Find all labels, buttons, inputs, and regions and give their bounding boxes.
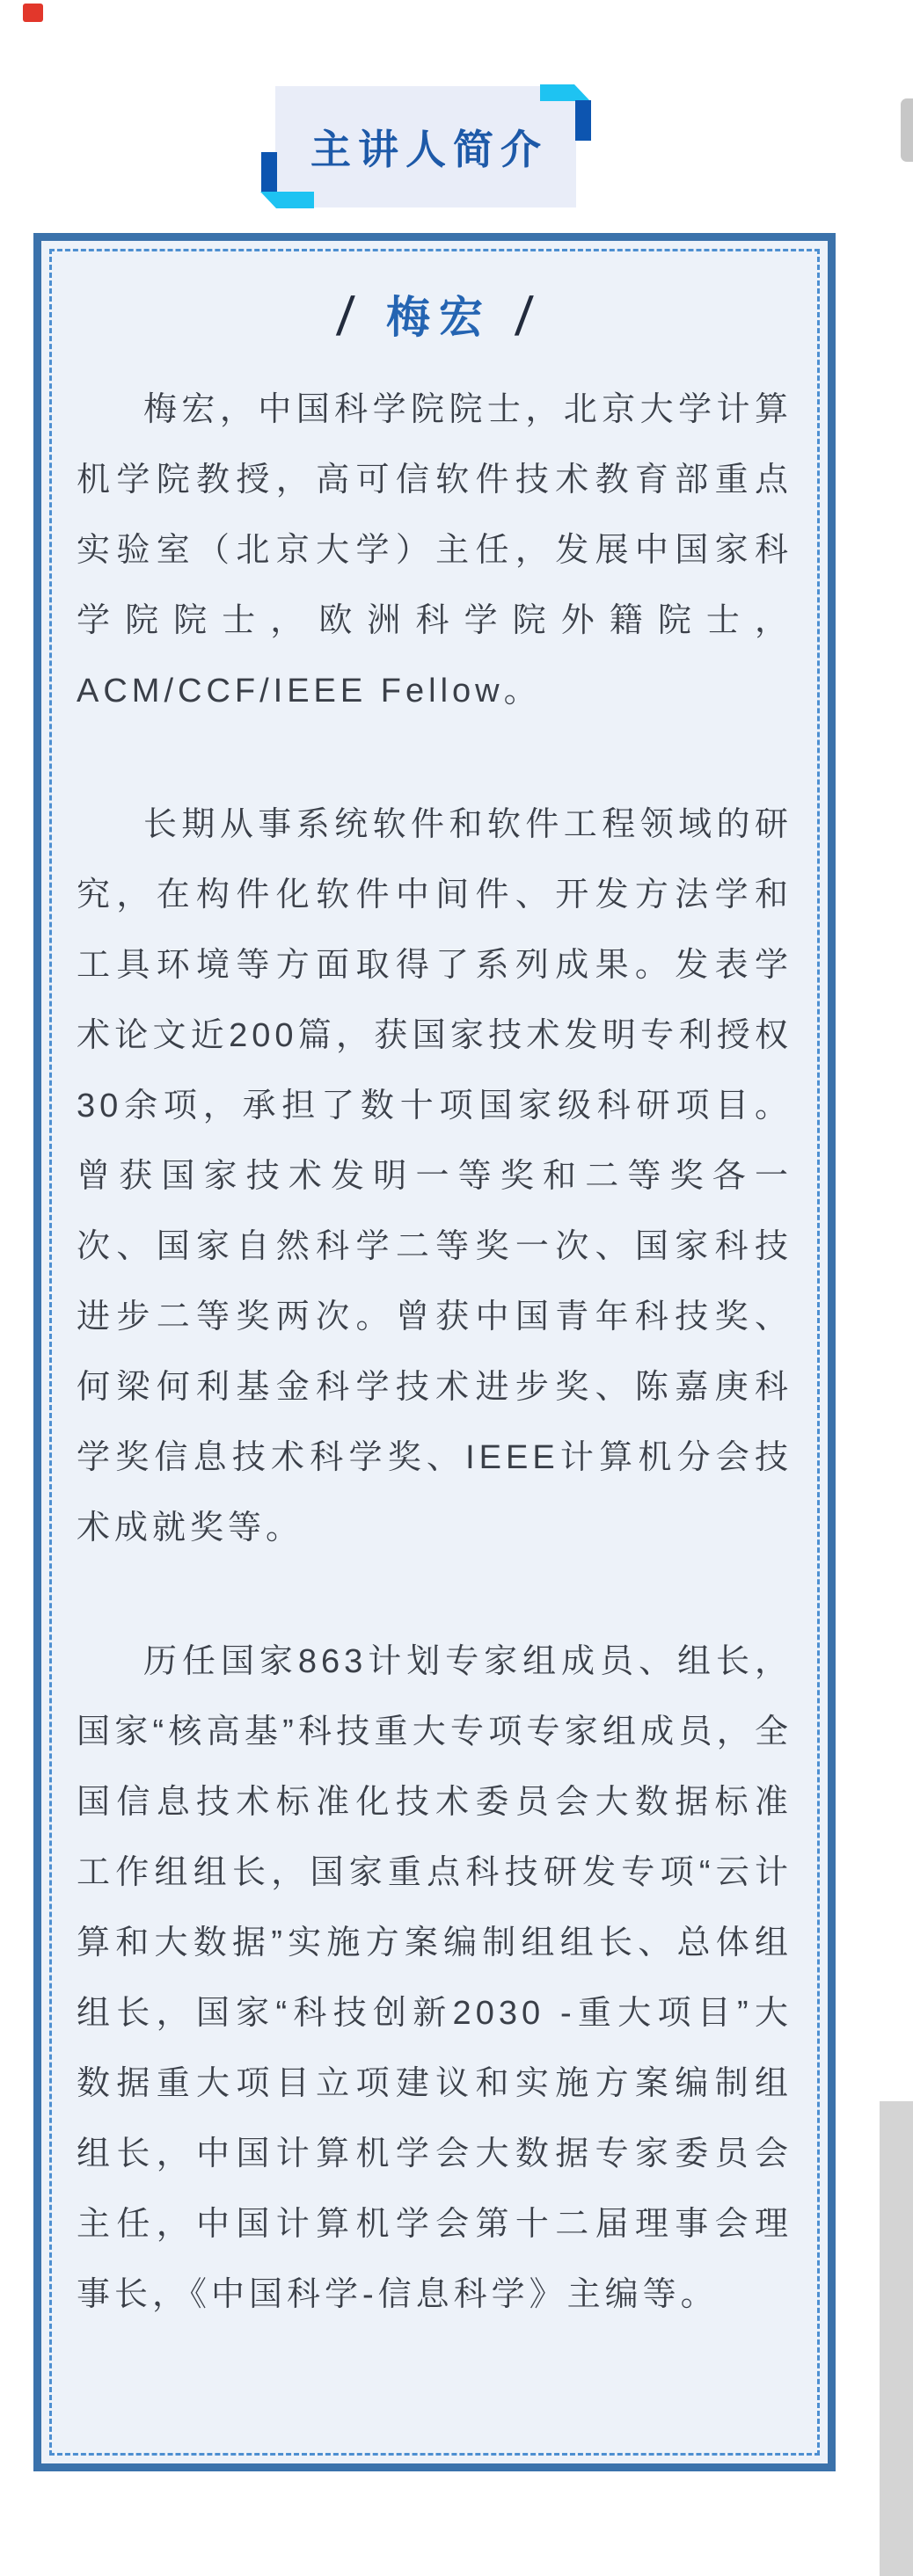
section-badge: 主讲人简介	[275, 86, 576, 207]
bio-paragraph-intro: 梅宏，中国科学院院士，北京大学计算机学院教授，高可信软件技术教育部重点实验室（北…	[71, 375, 798, 726]
section-badge-label: 主讲人简介	[303, 118, 548, 176]
badge-corner-bottom-left-ribbon-icon	[260, 192, 314, 208]
speaker-bio: 梅宏，中国科学院院士，北京大学计算机学院教授，高可信软件技术教育部重点实验室（北…	[71, 375, 798, 2330]
cropped-red-logo-fragment	[23, 4, 43, 22]
decorative-slash-right: /	[514, 290, 535, 345]
decorative-slash-left: /	[335, 290, 356, 345]
badge-corner-bottom-left-bar-icon	[261, 152, 277, 193]
bio-paragraph-positions: 历任国家863计划专家组成员、组长，国家“核高基”科技重大专项专家组成员，全国信…	[71, 1626, 798, 2330]
article-page: 主讲人简介 / 梅宏 / 梅宏，中国科学院院士，北京大学计算机学院教授，高可信软…	[0, 0, 913, 2576]
badge-corner-top-right-bar-icon	[575, 100, 591, 141]
scrollbar-strip-bottom[interactable]	[880, 2101, 913, 2576]
speaker-profile-card-inner: / 梅宏 / 梅宏，中国科学院院士，北京大学计算机学院教授，高可信软件技术教育部…	[49, 249, 820, 2456]
scrollbar-thumb-top[interactable]	[901, 98, 913, 162]
speaker-profile-card: / 梅宏 / 梅宏，中国科学院院士，北京大学计算机学院教授，高可信软件技术教育部…	[33, 233, 836, 2471]
speaker-name: 梅宏	[377, 295, 492, 339]
speaker-name-title: / 梅宏 /	[71, 290, 798, 345]
badge-corner-top-right-ribbon-icon	[540, 84, 590, 101]
bio-paragraph-research-awards: 长期从事系统软件和软件工程领域的研究，在构件化软件中间件、开发方法学和工具环境等…	[71, 790, 798, 1563]
